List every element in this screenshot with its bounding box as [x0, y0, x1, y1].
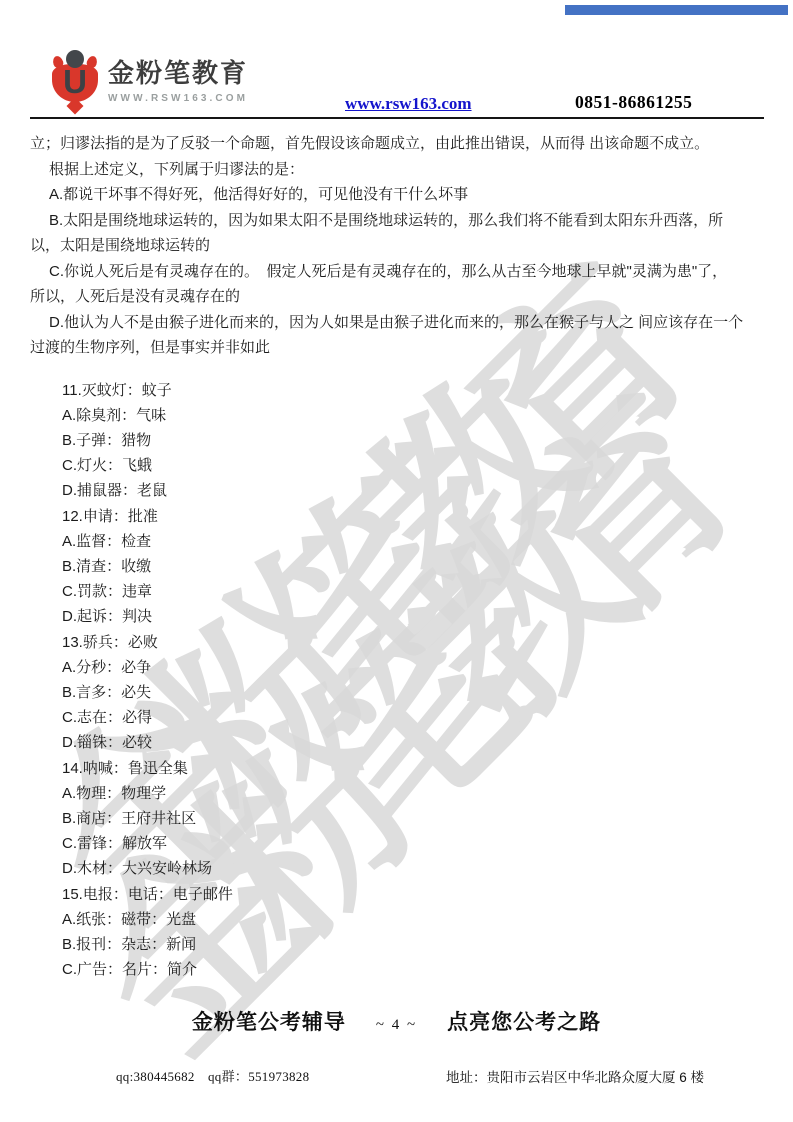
qq-contact: qq:380445682 qq群：551973828	[116, 1066, 309, 1085]
paragraph-line: D.他认为人不是由猴子进化而来的，因为人如果是由猴子进化而来的，那么在猴子与人之…	[30, 310, 763, 336]
footer-slogan-row: 金粉笔公考辅导 ~ 4 ~ 点亮您公考之路	[0, 1006, 793, 1036]
question-line: B.报刊：杂志：新闻	[62, 932, 763, 957]
footer-slogan-right: 点亮您公考之路	[447, 1006, 601, 1036]
paragraph-line: 过渡的生物序列，但是事实并非如此	[30, 335, 763, 361]
phone-number: 0851-86861255	[575, 92, 692, 113]
document-body: 立；归谬法指的是为了反驳一个命题，首先假设该命题成立，由此推出错误，从而得 出该…	[30, 131, 763, 982]
brand-block: 金粉笔教育 WWW.RSW163.COM	[108, 55, 248, 104]
paragraph-line: A.都说干坏事不得好死，他活得好好的，可见他没有干什么坏事	[30, 182, 763, 208]
brand-logo-icon: U	[52, 50, 98, 112]
question-line: 11.灭蚊灯：蚊子	[62, 378, 763, 403]
question-line: D.捕鼠器：老鼠	[62, 478, 763, 503]
question-line: C.志在：必得	[62, 705, 763, 730]
footer-slogan-left: 金粉笔公考辅导	[192, 1006, 346, 1036]
question-line: C.罚款：违章	[62, 579, 763, 604]
page-header: U 金粉笔教育 WWW.RSW163.COM www.rsw163.com 08…	[0, 0, 793, 120]
question-line: B.言多：必失	[62, 680, 763, 705]
question-line: A.物理：物理学	[62, 781, 763, 806]
question-line: D.木材：大兴安岭林场	[62, 856, 763, 881]
question-line: D.起诉：判决	[62, 604, 763, 629]
paragraph-line: 以，太阳是围绕地球运转的	[30, 233, 763, 259]
question-line: 13.骄兵：必败	[62, 630, 763, 655]
question-line: 14.呐喊：鲁迅全集	[62, 756, 763, 781]
paragraph-line: B.太阳是围绕地球运转的，因为如果太阳不是围绕地球运转的，那么我们将不能看到太阳…	[30, 208, 763, 234]
logo-head-icon	[66, 50, 84, 68]
logo-u-glyph: U	[52, 63, 98, 101]
question-line: C.雷锋：解放军	[62, 831, 763, 856]
address-text: 地址：贵阳市云岩区中华北路众厦大厦 6 楼	[446, 1066, 704, 1086]
document-page: 金粉笔教育 金粉笔教育 U 金粉笔教育 WWW.RSW163.COM www.r…	[0, 0, 793, 1122]
brand-url-caption: WWW.RSW163.COM	[108, 93, 248, 104]
page-number: ~ 4 ~	[376, 1017, 417, 1034]
header-divider	[30, 117, 764, 119]
brand-name: 金粉笔教育	[108, 55, 248, 91]
paragraph-line: 所以，人死后是没有灵魂存在的	[30, 284, 763, 310]
question-line: A.除臭剂：气味	[62, 403, 763, 428]
paragraph-line: C.你说人死后是有灵魂存在的。 假定人死后是有灵魂存在的，那么从古至今地球上早就…	[30, 259, 763, 285]
question-line: A.监督：检查	[62, 529, 763, 554]
paragraph-line: 立；归谬法指的是为了反驳一个命题，首先假设该命题成立，由此推出错误，从而得 出该…	[30, 131, 763, 157]
question-line: A.分秒：必争	[62, 655, 763, 680]
definition-paragraph: 立；归谬法指的是为了反驳一个命题，首先假设该命题成立，由此推出错误，从而得 出该…	[30, 131, 763, 361]
question-list: 11.灭蚊灯：蚊子A.除臭剂：气味B.子弹：猎物C.灯火：飞蛾D.捕鼠器：老鼠1…	[30, 378, 763, 983]
question-line: B.商店：王府井社区	[62, 806, 763, 831]
site-link[interactable]: www.rsw163.com	[345, 94, 472, 114]
question-line: B.子弹：猎物	[62, 428, 763, 453]
question-line: 15.电报：电话：电子邮件	[62, 882, 763, 907]
question-line: C.灯火：飞蛾	[62, 453, 763, 478]
question-line: C.广告：名片：简介	[62, 957, 763, 982]
question-line: A.纸张：磁带：光盘	[62, 907, 763, 932]
question-line: B.清查：收缴	[62, 554, 763, 579]
paragraph-line: 根据上述定义，下列属于归谬法的是：	[30, 157, 763, 183]
question-line: D.锱铢：必较	[62, 730, 763, 755]
question-line: 12.申请：批准	[62, 504, 763, 529]
